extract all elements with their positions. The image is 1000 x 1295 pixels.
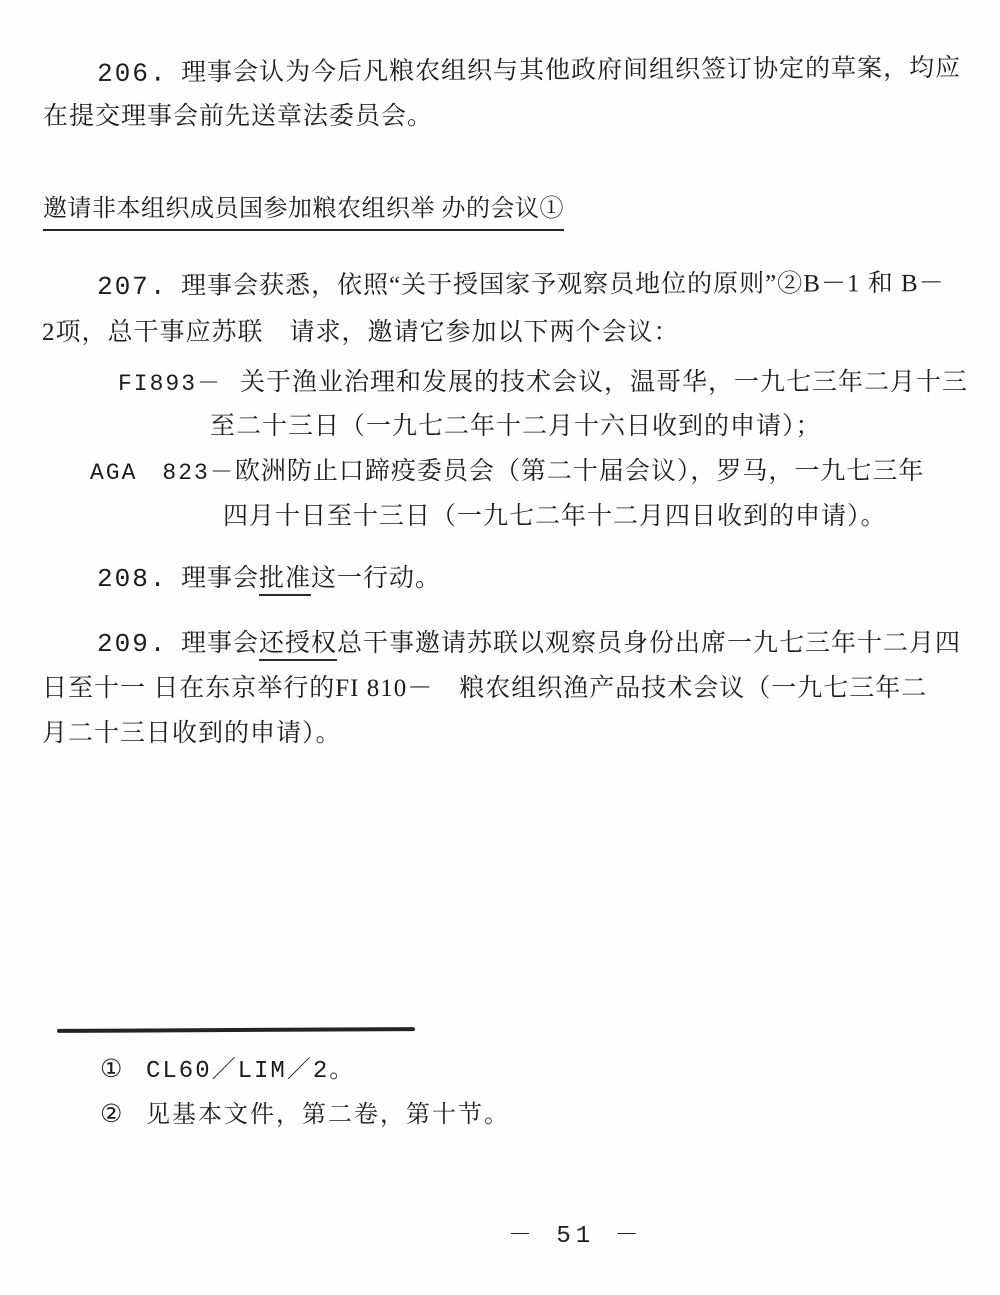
page-number: － 51 －: [508, 1214, 644, 1250]
meeting-fi893-line-2: 至二十三日（一九七二年十二月十六日收到的申请）；: [210, 409, 822, 445]
section-heading-text: 邀请非本组织成员国参加粮农组织举 办的会议①: [43, 196, 564, 231]
footnote-separator-line: [57, 1027, 415, 1033]
paragraph-207-line-2: 2项，总干事应苏联 请求，邀请它参加以下两个会议：: [42, 315, 680, 351]
footnote-2: ②见基本文件，第二卷，第十节。: [100, 1097, 510, 1133]
paragraph-209-line-2: 日至十一 日在东京举行的FI 810－ 粮农组织渔产品技术会议（一九七三年二: [42, 671, 927, 707]
scanned-document-page: 206.理事会认为今后凡粮农组织与其他政府间组织签订协定的草案，均应 在提交理事…: [0, 0, 1000, 1295]
paragraph-209-line-3: 月二十三日收到的申请）。: [42, 716, 342, 752]
paragraph-207-line-1: 207.理事会获悉，依照“关于授国家予观察员地位的原则”②B－1 和 B－: [97, 266, 945, 305]
paragraph-207-number: 207.: [97, 269, 181, 305]
paragraph-208: 208.理事会批准这一行动。: [97, 561, 441, 597]
footnote-2-marker: ②: [100, 1097, 146, 1133]
meeting-aga823-line-1: AGA 823－欧洲防止口蹄疫委员会（第二十届会议），罗马，一九七三年: [90, 454, 924, 491]
paragraph-209-underlined-text: 还授权: [259, 630, 337, 661]
meeting-fi893-code: FI893－: [118, 366, 240, 402]
meeting-fi893-text: 关于渔业治理和发展的技术会议，温哥华，一九七三年二月十三: [240, 369, 968, 396]
footnote-2-text: 见基本文件，第二卷，第十节。: [146, 1102, 510, 1128]
paragraph-206-text: 理事会认为今后凡粮农组织与其他政府间组织签订协定的草案，均应: [181, 55, 961, 87]
meeting-aga823-code: AGA 823－: [90, 455, 235, 491]
meeting-aga823-text: 欧洲防止口蹄疫委员会（第二十届会议），罗马，一九七三年: [235, 458, 925, 485]
footnote-1: ①CL60／LIM／2。: [100, 1052, 355, 1090]
paragraph-206-line-1: 206.理事会认为今后凡粮农组织与其他政府间组织签订协定的草案，均应: [97, 51, 961, 92]
paragraph-207-text: 理事会获悉，依照“关于授国家予观察员地位的原则”②B－1 和 B－: [181, 270, 945, 300]
paragraph-206-line-2: 在提交理事会前先送章法委员会。: [43, 99, 433, 135]
meeting-fi893-line-1: FI893－关于渔业治理和发展的技术会议，温哥华，一九七三年二月十三: [118, 365, 968, 402]
paragraph-209-line-1: 209.理事会还授权总干事邀请苏联以观察员身份出席一九七三年十二月四: [97, 626, 961, 662]
paragraph-209-number: 209.: [97, 626, 181, 662]
section-heading: 邀请非本组织成员国参加粮农组织举 办的会议①: [43, 191, 564, 227]
footnote-1-text: CL60／LIM／2。: [146, 1058, 355, 1085]
paragraph-208-number: 208.: [97, 561, 181, 597]
meeting-aga823-line-2: 四月十日至十三日（一九七二年十二月四日收到的申请）。: [223, 499, 887, 535]
paragraph-206-number: 206.: [97, 55, 181, 92]
footnote-1-marker: ①: [100, 1052, 146, 1088]
paragraph-208-underlined-text: 批准: [259, 565, 311, 596]
